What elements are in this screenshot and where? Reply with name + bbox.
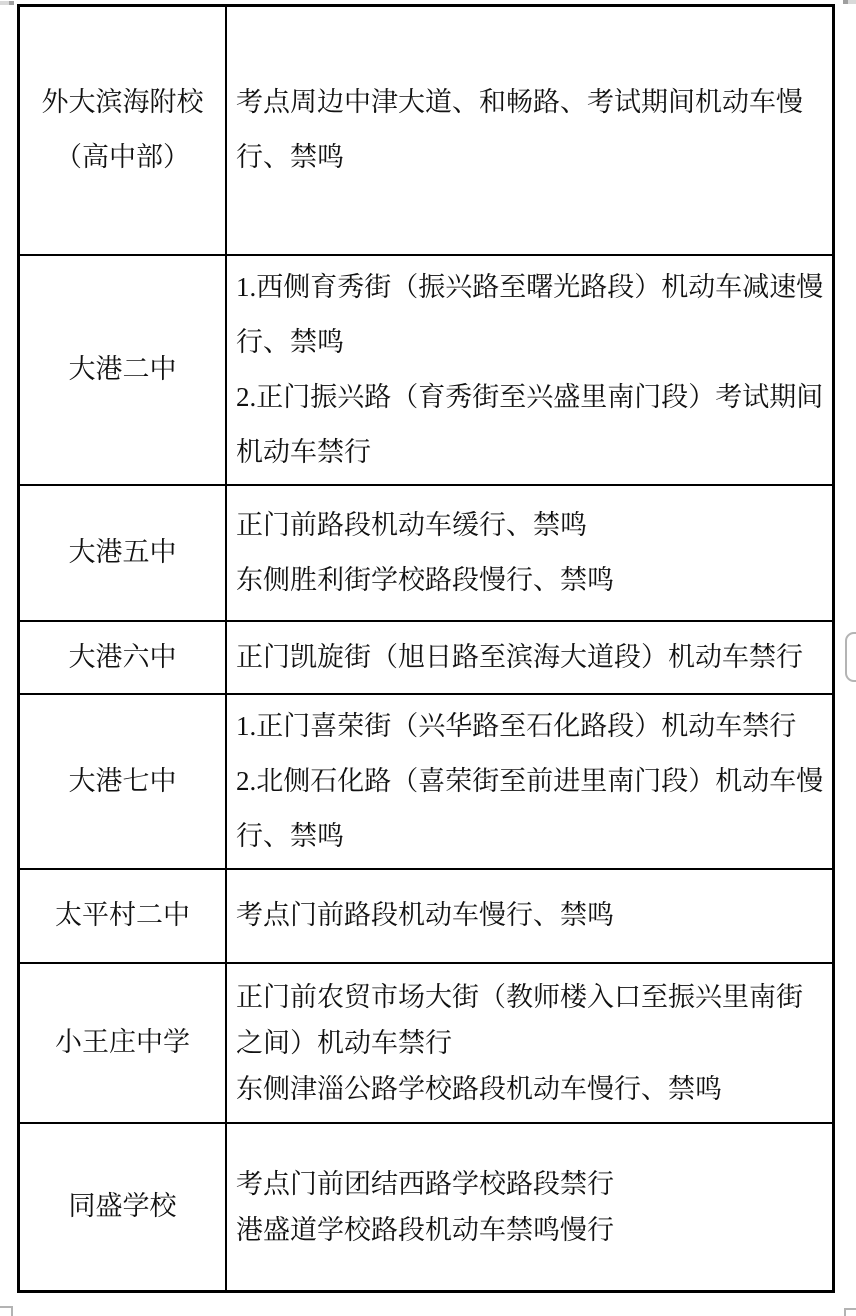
school-name-line: 同盛学校: [21, 1179, 224, 1234]
traffic-measure-text: 2.正门振兴路（育秀街至兴盛里南门段）考试期间机动车禁行: [236, 370, 826, 480]
school-name-line: 大港五中: [21, 525, 224, 580]
traffic-measures-cell: 考点周边中津大道、和畅路、考试期间机动车慢行、禁鸣: [226, 6, 834, 255]
traffic-measure-text: 考点周边中津大道、和畅路、考试期间机动车慢行、禁鸣: [236, 75, 826, 185]
traffic-measure-text: 1.西侧育秀街（振兴路至曙光路段）机动车减速慢行、禁鸣: [236, 260, 826, 370]
school-name-cell: 大港五中: [19, 485, 227, 621]
school-name-cell: 太平村二中: [19, 869, 227, 963]
school-name-cell: 大港二中: [19, 255, 227, 485]
document-page: 外大滨海附校（高中部） 考点周边中津大道、和畅路、考试期间机动车慢行、禁鸣 大港…: [0, 0, 856, 1316]
table-row: 太平村二中 考点门前路段机动车慢行、禁鸣: [19, 869, 834, 963]
scrollbar-thumb-icon[interactable]: [843, 0, 848, 4]
school-name-line: 外大滨海附校: [21, 75, 224, 130]
school-name-cell: 小王庄中学: [19, 963, 227, 1123]
school-name-line: 大港七中: [21, 754, 224, 809]
table-row: 同盛学校 考点门前团结西路学校路段禁行港盛道学校路段机动车禁鸣慢行: [19, 1123, 834, 1292]
traffic-measures-cell: 考点门前路段机动车慢行、禁鸣: [226, 869, 834, 963]
table-row: 大港六中 正门凯旋街（旭日路至滨海大道段）机动车禁行: [19, 621, 834, 694]
traffic-measures-cell: 正门前路段机动车缓行、禁鸣东侧胜利街学校路段慢行、禁鸣: [226, 485, 834, 621]
table-row: 大港二中 1.西侧育秀街（振兴路至曙光路段）机动车减速慢行、禁鸣2.正门振兴路（…: [19, 255, 834, 485]
traffic-measure-text: 2.北侧石化路（喜荣街至前进里南门段）机动车慢行、禁鸣: [236, 754, 826, 864]
traffic-measure-text: 东侧胜利街学校路段慢行、禁鸣: [236, 553, 826, 608]
traffic-measures-cell: 正门凯旋街（旭日路至滨海大道段）机动车禁行: [226, 621, 834, 694]
school-name-line: 大港二中: [21, 342, 224, 397]
traffic-measure-text: 港盛道学校路段机动车禁鸣慢行: [236, 1207, 826, 1253]
traffic-measure-text: 考点门前路段机动车慢行、禁鸣: [236, 888, 826, 943]
school-name-cell: 大港七中: [19, 694, 227, 869]
school-name-cell: 大港六中: [19, 621, 227, 694]
traffic-measure-text: 1.正门喜荣街（兴华路至石化路段）机动车禁行: [236, 699, 826, 754]
traffic-measure-text: 正门前路段机动车缓行、禁鸣: [236, 498, 826, 553]
school-name-line: 太平村二中: [21, 888, 224, 943]
school-name-line: 小王庄中学: [21, 1015, 224, 1070]
traffic-measure-text: 正门前农贸市场大街（教师楼入口至振兴里南街之间）机动车禁行: [236, 974, 826, 1066]
table-body: 外大滨海附校（高中部） 考点周边中津大道、和畅路、考试期间机动车慢行、禁鸣 大港…: [19, 6, 834, 1292]
traffic-measure-text: 正门凯旋街（旭日路至滨海大道段）机动车禁行: [236, 630, 826, 685]
traffic-measures-cell: 正门前农贸市场大街（教师楼入口至振兴里南街之间）机动车禁行东侧津淄公路学校路段机…: [226, 963, 834, 1123]
scrollbar-fragment-top-right[interactable]: [843, 0, 856, 4]
scrollbar-fragment-top-left[interactable]: [0, 1, 14, 5]
table-row: 小王庄中学 正门前农贸市场大街（教师楼入口至振兴里南街之间）机动车禁行东侧津淄公…: [19, 963, 834, 1123]
school-name-line: 大港六中: [21, 630, 224, 685]
table-row: 大港七中 1.正门喜荣街（兴华路至石化路段）机动车禁行2.北侧石化路（喜荣街至前…: [19, 694, 834, 869]
school-name-cell: 同盛学校: [19, 1123, 227, 1292]
scrollbar-thumb-icon[interactable]: [9, 1, 14, 5]
traffic-measures-cell: 1.正门喜荣街（兴华路至石化路段）机动车禁行2.北侧石化路（喜荣街至前进里南门段…: [226, 694, 834, 869]
school-name-cell: 外大滨海附校（高中部）: [19, 6, 227, 255]
school-name-line: （高中部）: [21, 130, 224, 185]
page-corner-mark-bottom-right: [844, 1308, 856, 1316]
traffic-measures-cell: 1.西侧育秀街（振兴路至曙光路段）机动车减速慢行、禁鸣2.正门振兴路（育秀街至兴…: [226, 255, 834, 485]
traffic-measures-cell: 考点门前团结西路学校路段禁行港盛道学校路段机动车禁鸣慢行: [226, 1123, 834, 1292]
page-corner-mark-bottom-left: [0, 1306, 13, 1316]
floating-widget-fragment[interactable]: [845, 632, 856, 682]
table-row: 大港五中 正门前路段机动车缓行、禁鸣东侧胜利街学校路段慢行、禁鸣: [19, 485, 834, 621]
traffic-control-table: 外大滨海附校（高中部） 考点周边中津大道、和畅路、考试期间机动车慢行、禁鸣 大港…: [17, 4, 835, 1293]
table-row: 外大滨海附校（高中部） 考点周边中津大道、和畅路、考试期间机动车慢行、禁鸣: [19, 6, 834, 255]
traffic-measure-text: 考点门前团结西路学校路段禁行: [236, 1161, 826, 1207]
traffic-measure-text: 东侧津淄公路学校路段机动车慢行、禁鸣: [236, 1066, 826, 1112]
